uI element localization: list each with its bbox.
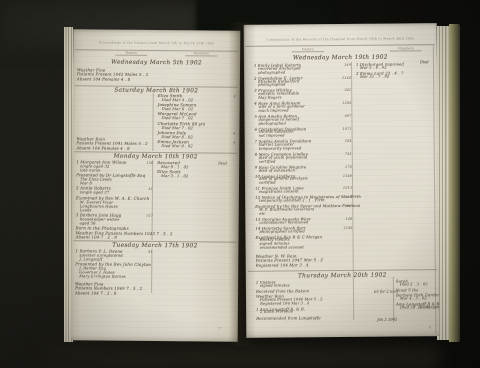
background-bottom-glow — [40, 346, 440, 368]
entry-number: 1013 — [339, 186, 352, 194]
ledger-entry: 1 Visitorssigned minutes — [256, 280, 378, 289]
entry-text: 1 Barbara P. L. Deanespinster unregister… — [75, 249, 139, 262]
entry-number — [220, 171, 233, 179]
entries-column: Eliza SmithDied Mar 4 . 024Josephine Som… — [157, 94, 235, 150]
entry-text: Presented by Dr Longstaffe EsqThe Elms L… — [76, 173, 140, 186]
entry-number — [365, 306, 378, 314]
entry-text: 6 Christopher Donaldsonchronic confusion… — [255, 127, 339, 139]
ledger-entry: 4 Rose Anna Robinsonwife of a farm garde… — [254, 101, 351, 113]
entry-text: Recommended from Longstaffe — [256, 315, 365, 320]
entry-text: Barbara Park GardensMar 4 . 5 . 02 — [396, 293, 429, 301]
section-heading: Wednesday March 5th 1902 — [73, 59, 240, 66]
entry-text: 4 Rose Anna Robinsonwife of a farm garde… — [254, 101, 338, 113]
entry-number — [365, 280, 378, 288]
entry-text: 1 Discharged improvedMar 5 . 4 . 02 — [356, 62, 415, 70]
entry-text: 14 Henrietta Sarah Barrphotographed cert… — [255, 226, 339, 234]
entries-column: 1 Margaret Ann Wilsonsingle aged 32late … — [76, 160, 154, 232]
entry-text: Emma JacksonDied Mar 8 . 02 — [157, 140, 222, 149]
ledger-entry: Weather RainPatients Present 1046 Mar 5 … — [256, 294, 378, 307]
entry-line: Recommended from Longstaffe — [256, 315, 365, 320]
entry-number — [223, 113, 236, 121]
entry-number — [140, 174, 153, 186]
margin-annotation: £5 for 2 tons — [374, 290, 398, 294]
entries-column: 1 Visitorssigned minutesReceived from th… — [256, 280, 378, 322]
weather-block: Weather Fine Patients Numbers 1043 7 . 5… — [76, 231, 173, 240]
weather-line: Registered 104 Mar 3 . 4 — [256, 263, 323, 268]
entry-number — [365, 294, 378, 306]
ledger-entry: 5 Ann Amelia Bottendangerous to herselfp… — [254, 114, 351, 126]
ledger-entry: 3 Frances Whitleyepileptic remarkableMay… — [254, 88, 351, 100]
entry-text: Eliza ScottMar 3 . 1 . 02 — [157, 170, 220, 179]
ledger-entry: 3 Barbara Jane Hogghousekeeper widowaged… — [76, 213, 153, 226]
page-number: 9 — [428, 326, 431, 331]
column-rule — [393, 277, 394, 323]
column-rule — [152, 93, 153, 151]
entry-text: 9 Rose Caroline Maguiredied of exhaustio… — [255, 165, 339, 173]
entry-line: Died Mar 8 . 02 — [157, 144, 222, 149]
entry-line: recommended account — [256, 246, 340, 251]
weather-line: Absent 104 Females 4 . 8 — [77, 77, 148, 82]
entry-number: 157 — [140, 214, 153, 226]
page-number: 7 — [218, 328, 221, 333]
entry-number — [139, 263, 152, 279]
ledger-entry: 2 Annie Robertssingle aged 2741 — [76, 187, 153, 196]
ledger-entry: 2 Gwendoline E. LesterElizabeth Rutherfo… — [254, 76, 351, 88]
entry-number: 4 — [222, 131, 235, 139]
ledger-entry: 6 Christopher Donaldsonchronic confusion… — [255, 127, 352, 139]
margin-annotation: Discharged — [418, 305, 439, 309]
weather-block: Weather FinePatients Numbers 1049 7 . 5 … — [75, 282, 142, 295]
entry-text: 10 Louisa Lindbergdied of general paraly… — [255, 174, 339, 186]
ledger-entry: 9 Rose Caroline Maguiredied of exhaustio… — [255, 165, 352, 174]
entry-text: 3 Frances Whitleyepileptic remarkableMay… — [254, 88, 338, 100]
entry-text: Examined by Rev M. A. E. ChurchM. Everet… — [76, 196, 140, 213]
ledger-entry: 1 Emily Isabel Robertsrecovered discharg… — [254, 63, 351, 75]
ledger-photograph: Proceedings of the Visitors from March 5… — [0, 0, 480, 368]
entry-number: 156 — [140, 161, 153, 173]
ledger-entry: 1 Ann Longstaff R. & B.2 Edith Florence — [256, 306, 378, 315]
entry-text: 1 Margaret Ann Wilsonsingle aged 32late … — [76, 160, 140, 173]
entry-number: 41 — [140, 187, 153, 195]
ledger-entry: Examined by Rev M. A. E. ChurchM. Everet… — [76, 196, 153, 213]
entries-column: 1 Discharged improvedMar 5 . 4 . 022 Emm… — [356, 62, 428, 80]
entry-number: 1071 — [339, 127, 352, 139]
ledger-entry: 2 Emma Lord 23 . 4 . 7Mar 31 . 7 . 92 — [356, 71, 428, 79]
entry-text: 7 Sophia Amelia DonaldsonHarriet Lancast… — [255, 139, 339, 151]
entry-number: 1284 — [338, 101, 351, 113]
ledger-entry: Recommended from Longstaffe — [256, 315, 378, 320]
entry-line: Mary Errington Barnes — [75, 274, 139, 279]
entry-text: 2 Gwendoline E. LesterElizabeth Rutherfo… — [254, 76, 338, 88]
ledger-entry: 1 Barbara P. L. Deanespinster unregister… — [75, 249, 152, 262]
entry-number: 148 — [339, 217, 352, 225]
column-header-numbers: Numbers — [185, 51, 217, 56]
entry-text: SarahDied 2 . 3 . 02 — [396, 279, 429, 287]
margin-annotation: Died — [218, 162, 227, 166]
entry-line: Mar 31 . 7 . 92 — [356, 75, 415, 79]
entry-text: RecoveredMar 9 . 1 . 02 — [157, 161, 220, 170]
column-header-names: Names — [292, 47, 324, 52]
entry-number — [429, 293, 439, 301]
weather-line: Absent 104 7 . 2 . 8 — [75, 291, 142, 296]
entry-text: Examined by the Rev Spear and Matthew Fr… — [255, 204, 339, 216]
entry-line: Registered 104 Mar 3 . 4 — [256, 301, 365, 306]
entry-text: Examined by Rev R & C MorganWeekly Visit… — [255, 235, 339, 251]
ledger-entry: Charlotte Firth 88 yrsDied Mar 7 . 02 — [157, 122, 235, 131]
entries-column: 1 Emily Isabel Robertsrecovered discharg… — [254, 63, 353, 252]
entry-number — [140, 196, 153, 212]
entry-text: 1 Visitorssigned minutes — [256, 280, 365, 289]
ledger-entry: Examined by the Rev Spear and Matthew Fr… — [255, 204, 352, 216]
entry-number: 891 — [339, 204, 352, 216]
margin-annotation: Died — [420, 60, 429, 64]
entry-number: 4 — [222, 141, 235, 149]
ledger-entry: 13 Georgina Augusta Warecommissioner men… — [255, 217, 352, 226]
entry-text: Presented by the Rev John ClaytonJ. Barb… — [75, 262, 139, 279]
entry-number — [222, 122, 235, 130]
entries-column: 1 Barbara P. L. Deanespinster unregister… — [75, 249, 152, 280]
entry-number: 149 — [338, 63, 351, 75]
weather-line: Absent 104 Females 4 . 8 — [76, 146, 147, 151]
weather-block: Weather FinePatients Present 1042 Males … — [77, 68, 149, 82]
ledger-entry: 10 Louisa Lindbergdied of general paraly… — [255, 174, 352, 186]
entry-text: 5 Ann Amelia Bottendangerous to herselfp… — [254, 114, 338, 126]
entry-number: 284 — [339, 139, 352, 151]
ledger-entry: 8 Mary Crampton Lindleydied of acute pne… — [255, 152, 352, 164]
header-rule — [75, 49, 238, 51]
entry-text: 13 Georgina Augusta Warecommissioner men… — [255, 217, 339, 225]
ledger-entry: Margaret McLeodDied Mar 7 . 02 — [158, 112, 236, 121]
ledger-entry: Emma JacksonDied Mar 8 . 024 — [157, 140, 235, 149]
ledger-entry: Presented by the Rev John ClaytonJ. Barb… — [75, 262, 152, 279]
entry-number — [223, 104, 236, 112]
page-caption: Continuation of the Records of the Hospi… — [244, 36, 437, 42]
entry-number — [415, 71, 428, 79]
entry-number: 897 — [338, 114, 351, 126]
entry-number: 1146 — [339, 174, 352, 186]
ledger-entry: 7 Sophia Amelia DonaldsonHarriet Lancast… — [255, 139, 352, 151]
entry-text: Weather RainPatients Present 1046 Mar 5 … — [256, 294, 365, 306]
ledger-entry: 1 Margaret Ann Wilsonsingle aged 32late … — [76, 160, 153, 173]
right-page: Continuation of the Records of the Hospi… — [244, 23, 440, 338]
column-header-names: Names — [115, 51, 147, 56]
entry-number: 1156 — [339, 195, 352, 203]
ledger-entry: Examined by Rev R & C MorganWeekly Visit… — [255, 234, 352, 250]
entry-text: Johanna DalyDied Mar 8 . 02 — [157, 131, 222, 140]
entry-text: 3 Barbara Jane Hogghousekeeper widowaged… — [76, 213, 140, 226]
margin-annotation: Jan 2 1902 — [377, 318, 397, 322]
ledger-entry: SarahDied 2 . 3 . 02 — [396, 279, 439, 287]
entry-text: Charlotte Firth 88 yrsDied Mar 7 . 02 — [157, 122, 222, 131]
entry-number: 341 — [338, 88, 351, 100]
entry-number: 41 — [139, 250, 152, 262]
left-page: Proceedings of the Visitors from March 5… — [71, 29, 241, 341]
ledger-entry: 1 Discharged improvedMar 5 . 4 . 02 — [356, 62, 428, 70]
column-header-numbers: Numbers — [390, 46, 422, 51]
ledger-entry: Eliza ScottMar 3 . 1 . 02 — [157, 170, 233, 179]
section-heading: Wednesday March 19th 1902 — [244, 54, 437, 62]
ledger-entry: Presented by Dr Longstaffe EsqThe Elms L… — [76, 173, 153, 186]
entry-text: 8 Mary Crampton Lindleydied of acute pne… — [255, 152, 339, 164]
entry-line: Mar 3 . 1 . 02 — [157, 174, 220, 179]
entry-text: Margaret McLeodDied Mar 7 . 02 — [158, 112, 223, 121]
entry-number — [429, 279, 439, 287]
weather-block: Weather N. W. RainPatients Present 1047 … — [256, 254, 324, 267]
page-caption: Proceedings of the Visitors from March 5… — [73, 40, 240, 45]
entry-number: 741 — [339, 152, 352, 164]
weather-block: Weather RainPatients Present 1041 Males … — [76, 137, 148, 151]
entry-text: 2 Emma Lord 23 . 4 . 7Mar 31 . 7 . 92 — [356, 71, 415, 79]
book-cover-right — [449, 24, 460, 342]
entry-number — [339, 234, 352, 249]
entry-text: 2 Annie Robertssingle aged 27 — [76, 187, 140, 196]
entry-text: 1 Ann Longstaff R. & B.2 Edith Florence — [256, 306, 365, 315]
entry-number: 1140 — [338, 76, 351, 88]
entry-number: 174 — [339, 165, 352, 173]
section-rule — [248, 269, 437, 271]
entry-text: 1 Emily Isabel Robertsrecovered discharg… — [254, 63, 338, 75]
ledger-entry: 14 Henrietta Sarah Barrphotographed cert… — [255, 226, 352, 235]
entry-number: 1248 — [339, 226, 352, 234]
ledger-entry: Barbara Park GardensMar 4 . 5 . 02 — [396, 293, 439, 301]
entry-number: 4 — [223, 95, 236, 103]
